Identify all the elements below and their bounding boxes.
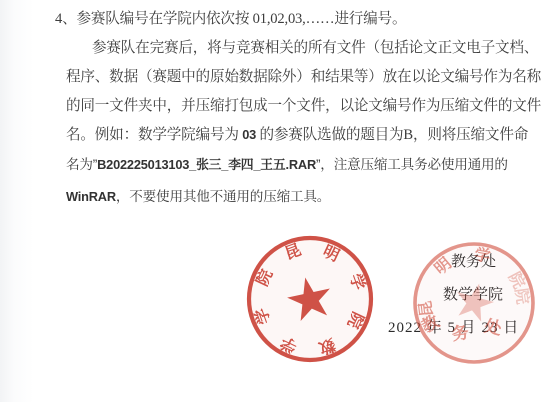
seal-ring-char: 学	[251, 306, 274, 328]
para-line5-text: 名为”	[66, 157, 97, 172]
para-line5-text-cont: ”，注意压缩工具务必使用通用的	[316, 157, 508, 172]
signature-school: 数学学院	[443, 283, 503, 304]
para-line3-text: 的同一文件夹中，并压缩打包成一个文件，以论文编号作为压缩文件的文件	[66, 98, 541, 114]
team-number-text: 03	[242, 127, 256, 142]
paragraph-line-5: 名为”B202225013103_张三_李四_王五.RAR”，注意压缩工具务必使…	[66, 155, 508, 175]
paragraph-line-3: 的同一文件夹中，并压缩打包成一个文件，以论文编号作为压缩文件的文件	[66, 96, 541, 116]
seal-ring-char: 院	[512, 287, 533, 306]
scanned-notice-page: 4、参赛队编号在学院内依次按 01,02,03,……进行编号。 参赛队在完赛后，…	[0, 0, 551, 402]
math-school-seal: 昆 明 学 院 数 学 学 院	[244, 232, 376, 364]
item4-text: 4、参赛队编号在学院内依次按 01,02,03,……进行编号。	[55, 11, 406, 27]
paragraph-line-2: 程序、数据（赛题中的原始数据除外）和结果等）放在以论文编号作为名称	[66, 67, 541, 87]
signature-date: 2022 年 5 月 23 日	[388, 316, 519, 337]
seal-ring-char: 院	[344, 309, 368, 332]
seal-ring-char: 院	[505, 269, 529, 292]
para-line1-text: 参赛队在完赛后，将与竞赛相关的所有文件（包括论文正文电子文档、	[92, 40, 538, 56]
paragraph-line-6: WinRAR，不要使用其他不通用的压缩工具。	[66, 187, 330, 207]
para-line4-text-cont: 的参赛队选做的题目为B，则将压缩文件命	[256, 127, 528, 143]
para-line2-text: 程序、数据（赛题中的原始数据除外）和结果等）放在以论文编号作为名称	[66, 69, 541, 85]
numbered-item-4: 4、参赛队编号在学院内依次按 01,02,03,……进行编号。	[55, 9, 406, 29]
seal-ring-circle	[249, 238, 371, 360]
seal-ring-char: 昆	[282, 240, 304, 263]
seal-ring-char: 数	[317, 335, 339, 358]
winrar-text: WinRAR	[66, 189, 116, 204]
paragraph-line-1: 参赛队在完赛后，将与竞赛相关的所有文件（包括论文正文电子文档、	[92, 38, 538, 58]
seal-ring-char: 学	[277, 333, 300, 357]
archive-filename-text: B202225013103_张三_李四_王五.RAR	[97, 157, 316, 172]
seal-ring-char: 学	[346, 271, 369, 293]
signature-office: 教务处	[451, 250, 496, 271]
paragraph-line-4: 名。例如：数学学院编号为 03 的参赛队选做的题目为B，则将压缩文件命	[66, 125, 528, 145]
para-line4-text: 名。例如：数学学院编号为	[66, 127, 242, 143]
seal-ring-char: 明	[320, 242, 342, 265]
para-line6-text: ，不要使用其他不通用的压缩工具。	[116, 189, 330, 204]
seal-ring-char: 院	[252, 266, 276, 289]
star-icon	[284, 273, 335, 323]
